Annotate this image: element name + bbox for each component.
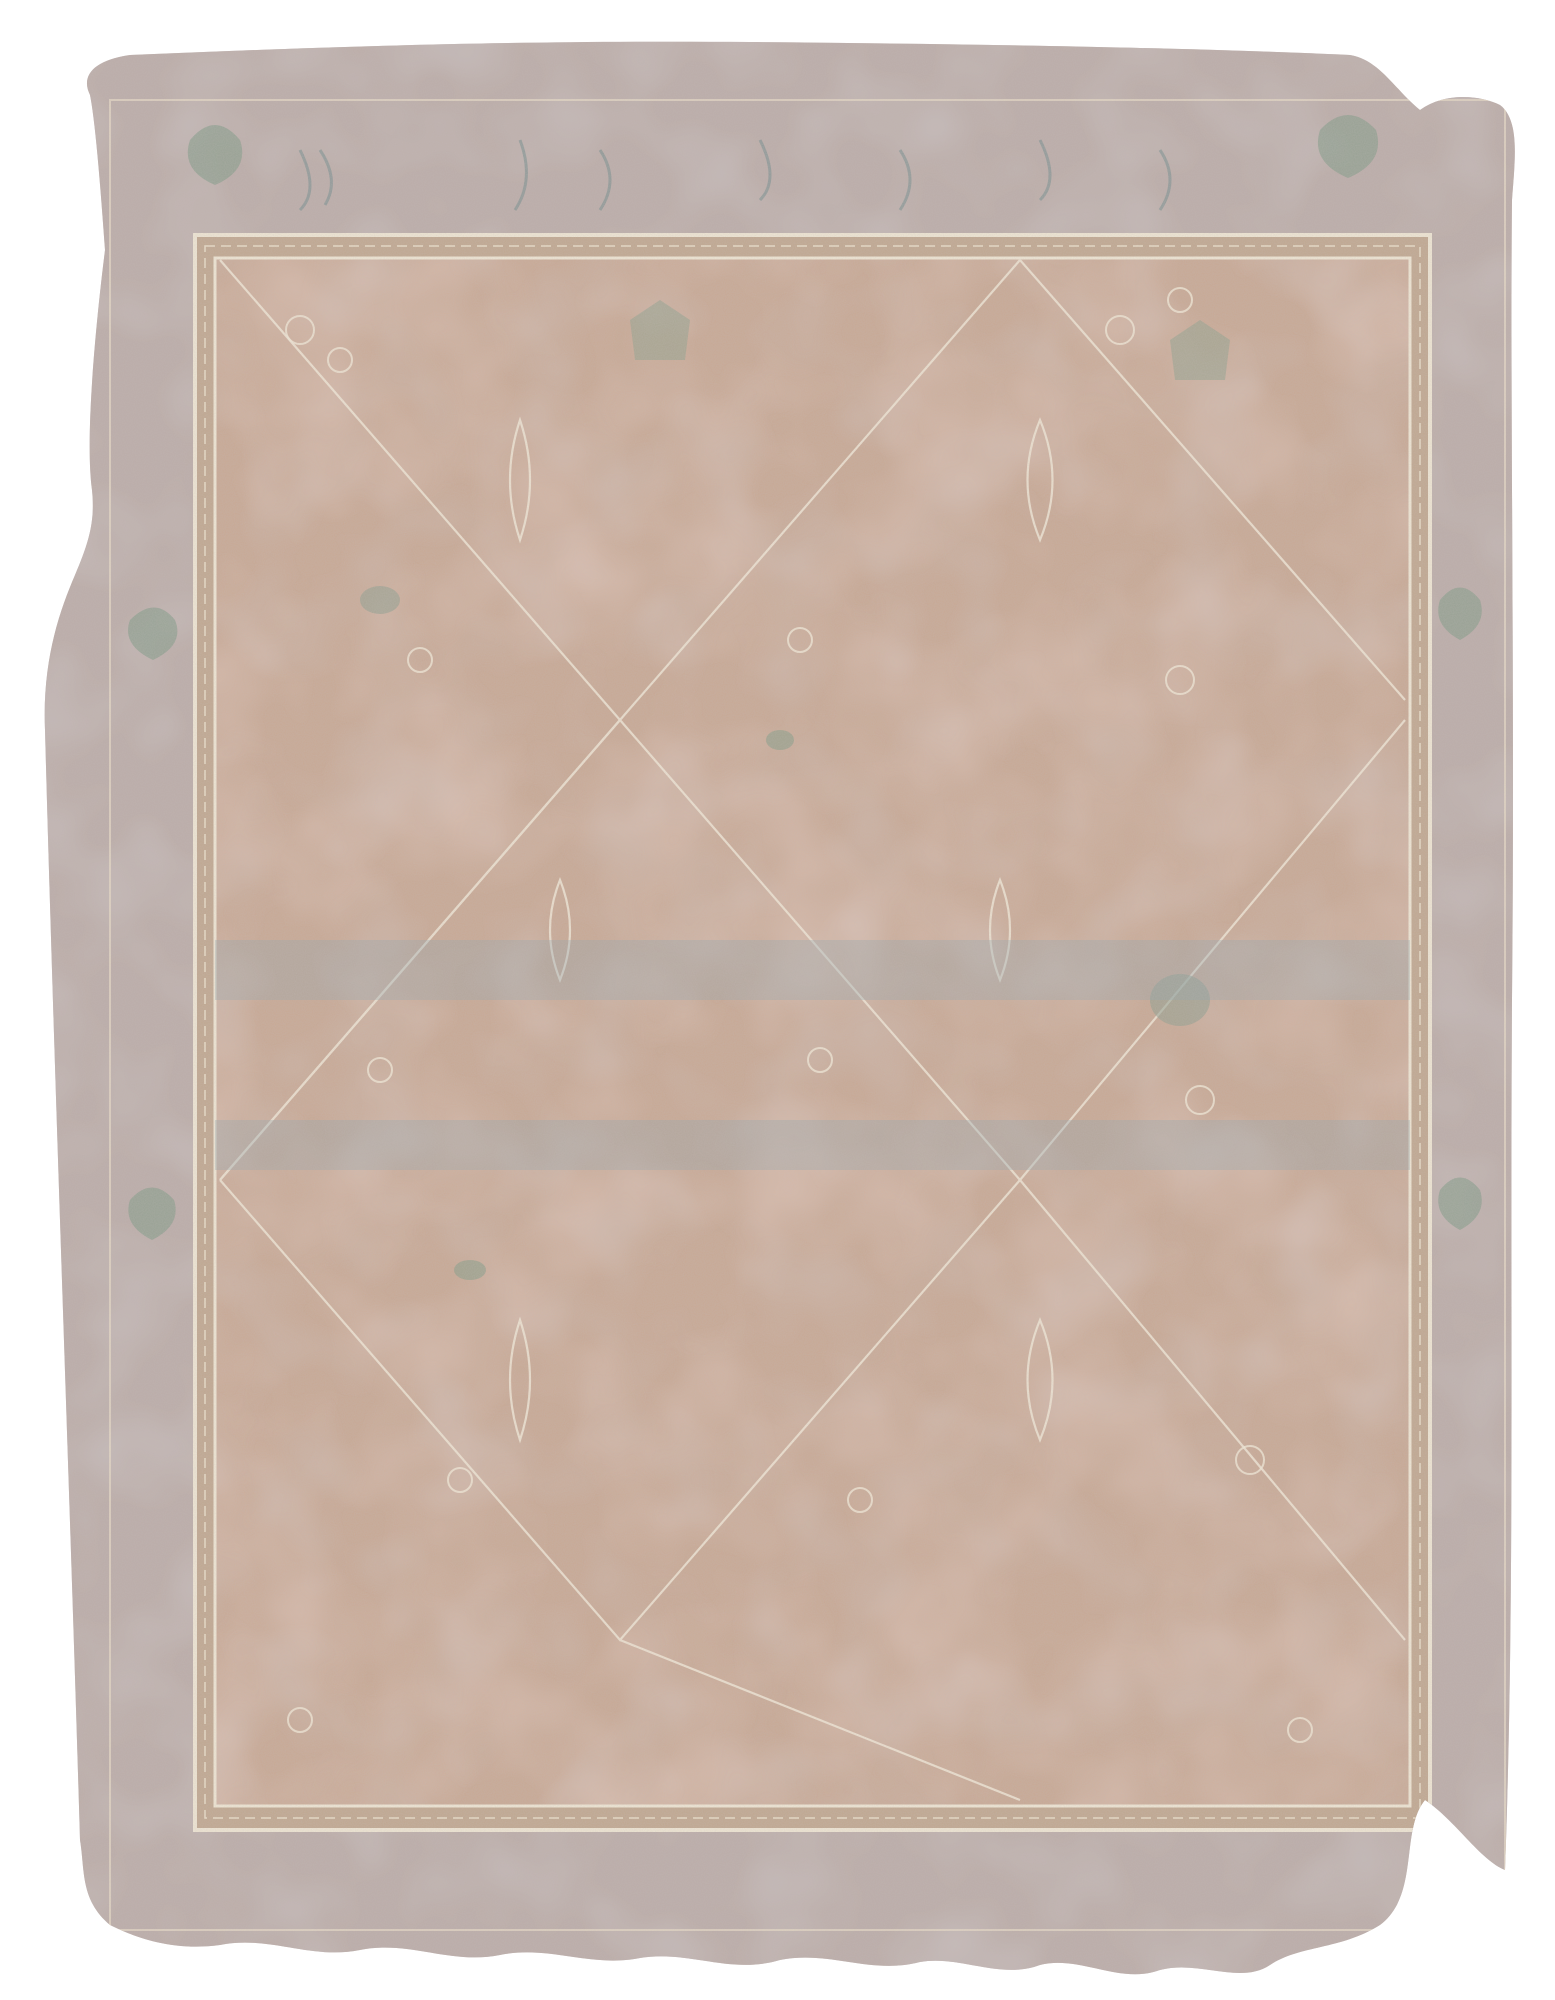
rug-illustration <box>0 0 1555 2000</box>
rug-body <box>0 0 1555 2000</box>
rug-photo <box>0 0 1555 2000</box>
